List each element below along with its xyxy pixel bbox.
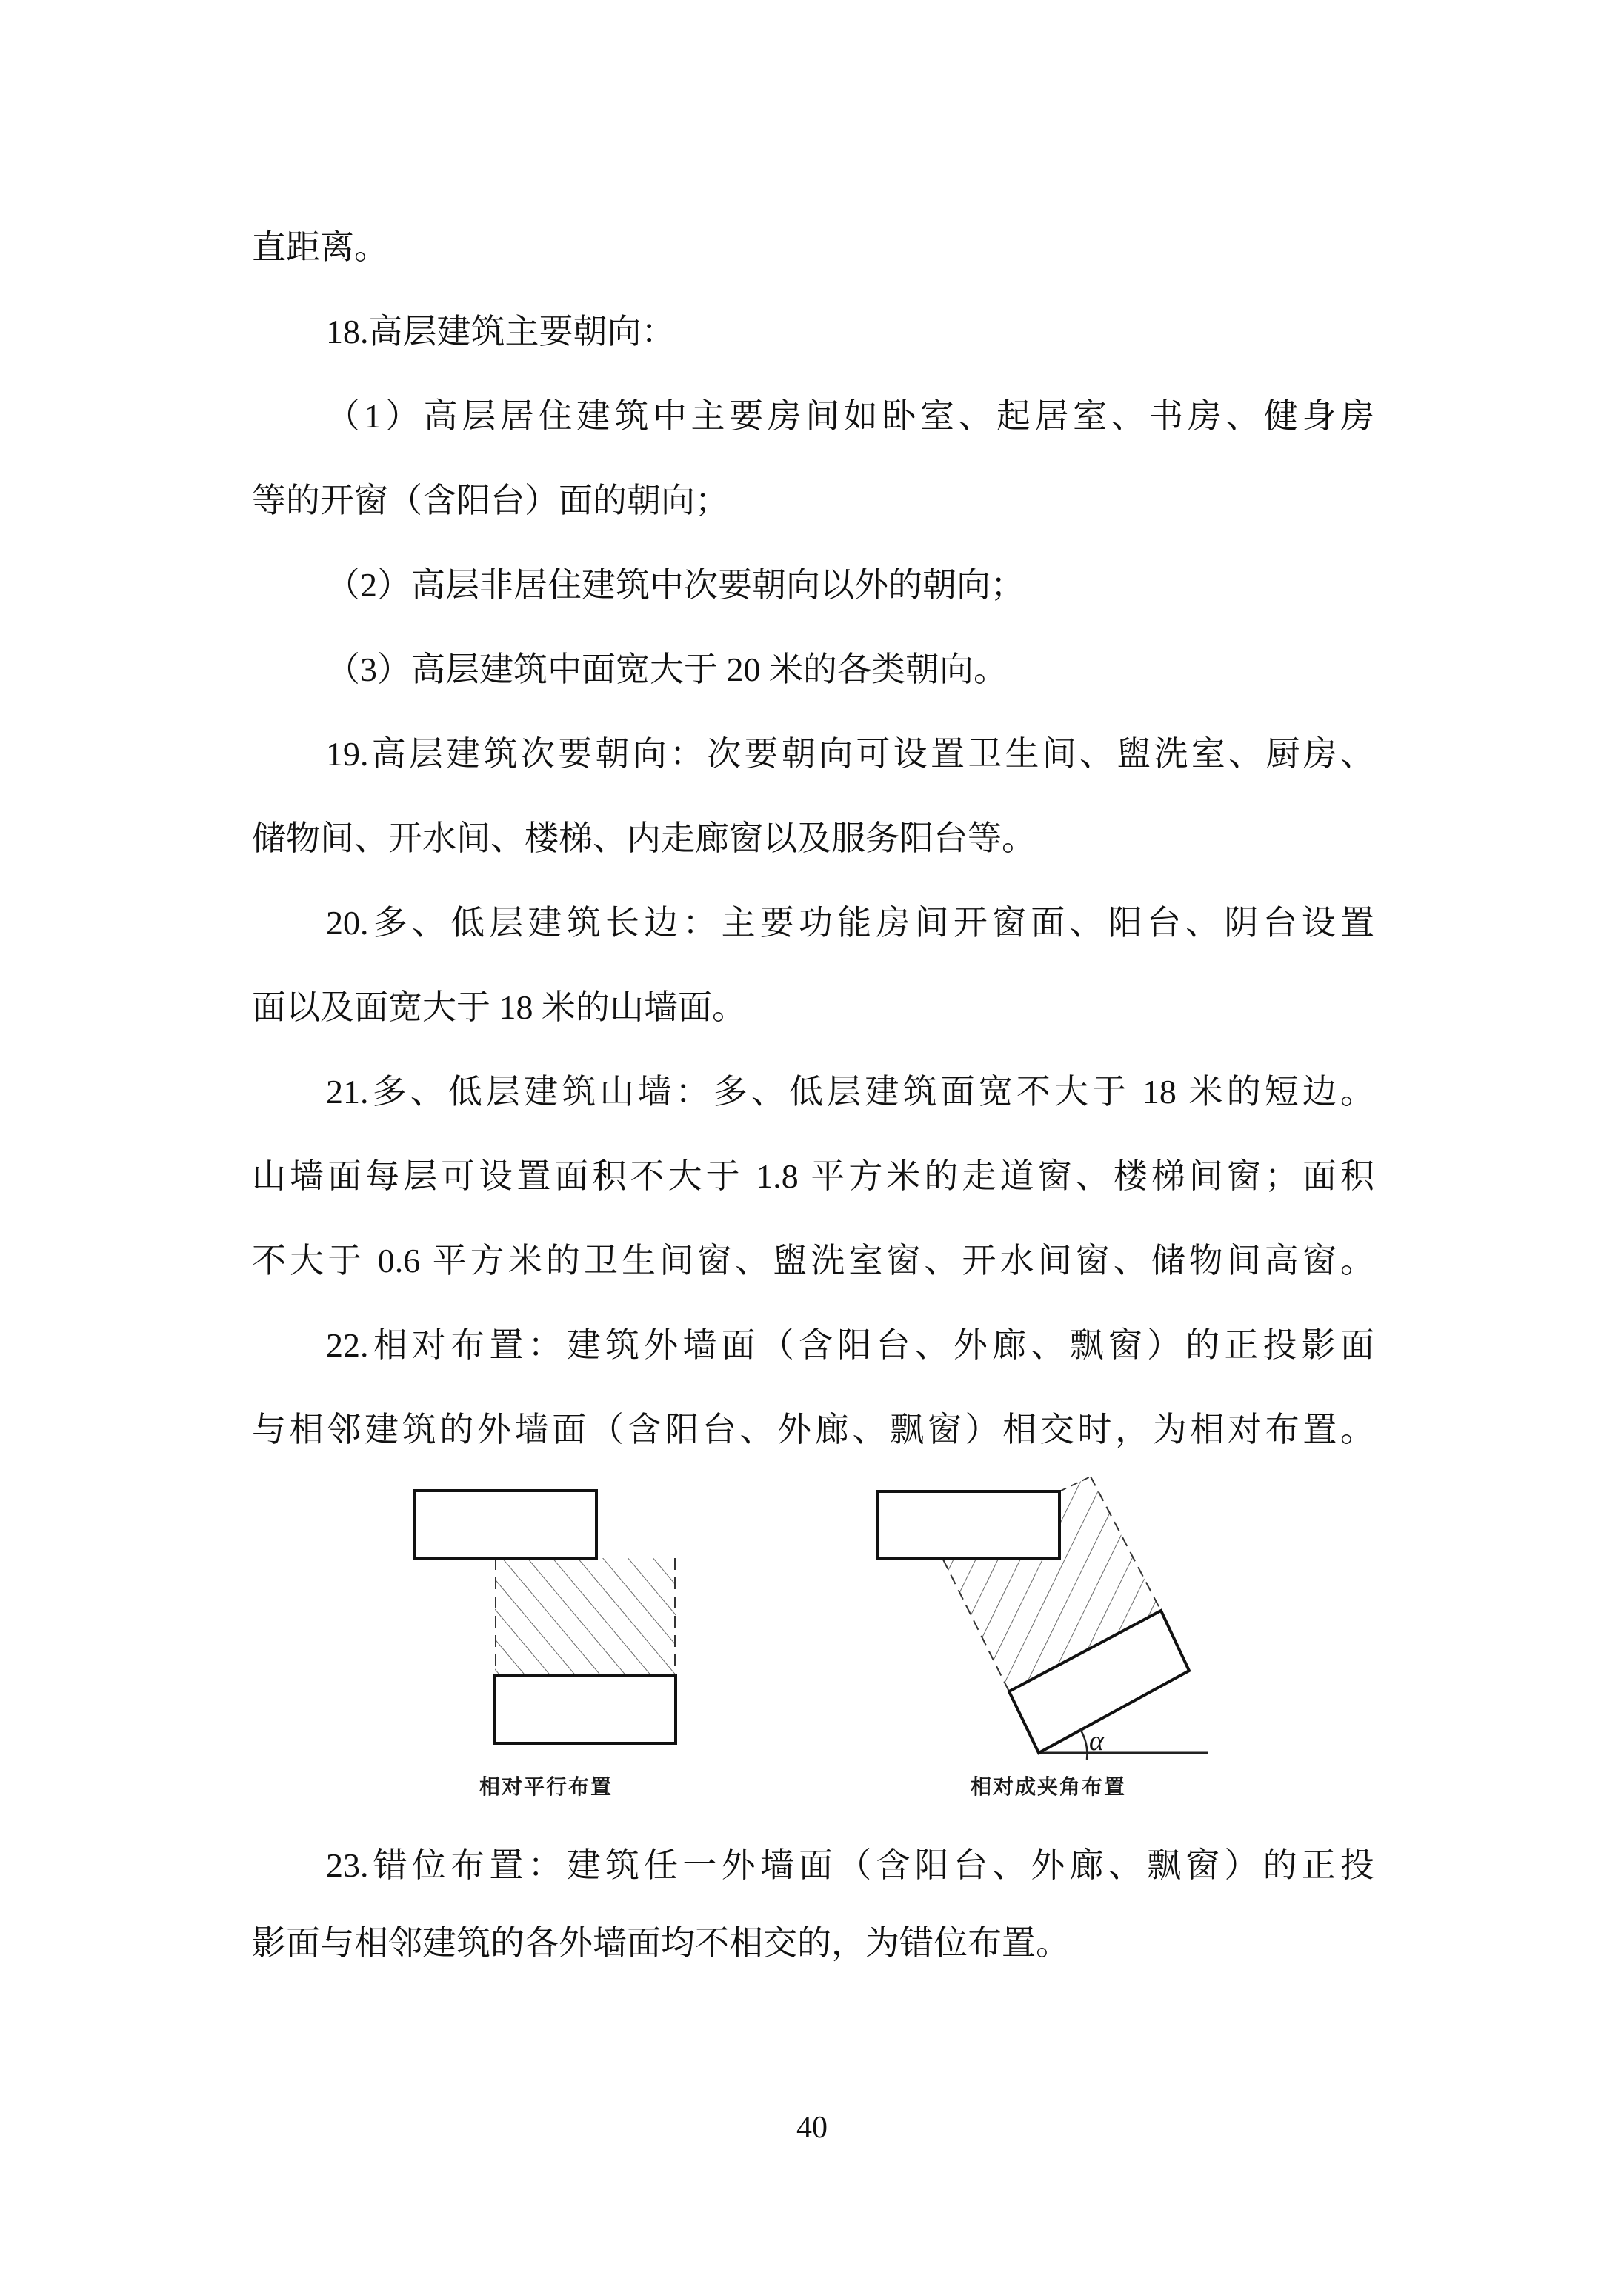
angle-label: α — [1089, 1726, 1105, 1757]
building-rectangle — [495, 1676, 676, 1743]
placement-diagram: α — [0, 0, 1624, 2296]
document-page: 直距离。 18.高层建筑主要朝向： （1）高层居住建筑中主要房间如卧室、起居室、… — [0, 0, 1624, 2296]
angle-arc — [1080, 1729, 1087, 1760]
projection-hatch-area — [495, 1558, 676, 1676]
building-rectangle — [415, 1491, 596, 1558]
caption-angled-placement: 相对成夹角布置 — [893, 1771, 1204, 1800]
building-rectangle — [878, 1491, 1059, 1558]
parallel-placement-diagram — [415, 1491, 676, 1743]
page-number: 40 — [0, 2110, 1624, 2146]
angled-placement-diagram: α — [878, 1477, 1208, 1760]
caption-parallel-placement: 相对平行布置 — [390, 1771, 702, 1800]
